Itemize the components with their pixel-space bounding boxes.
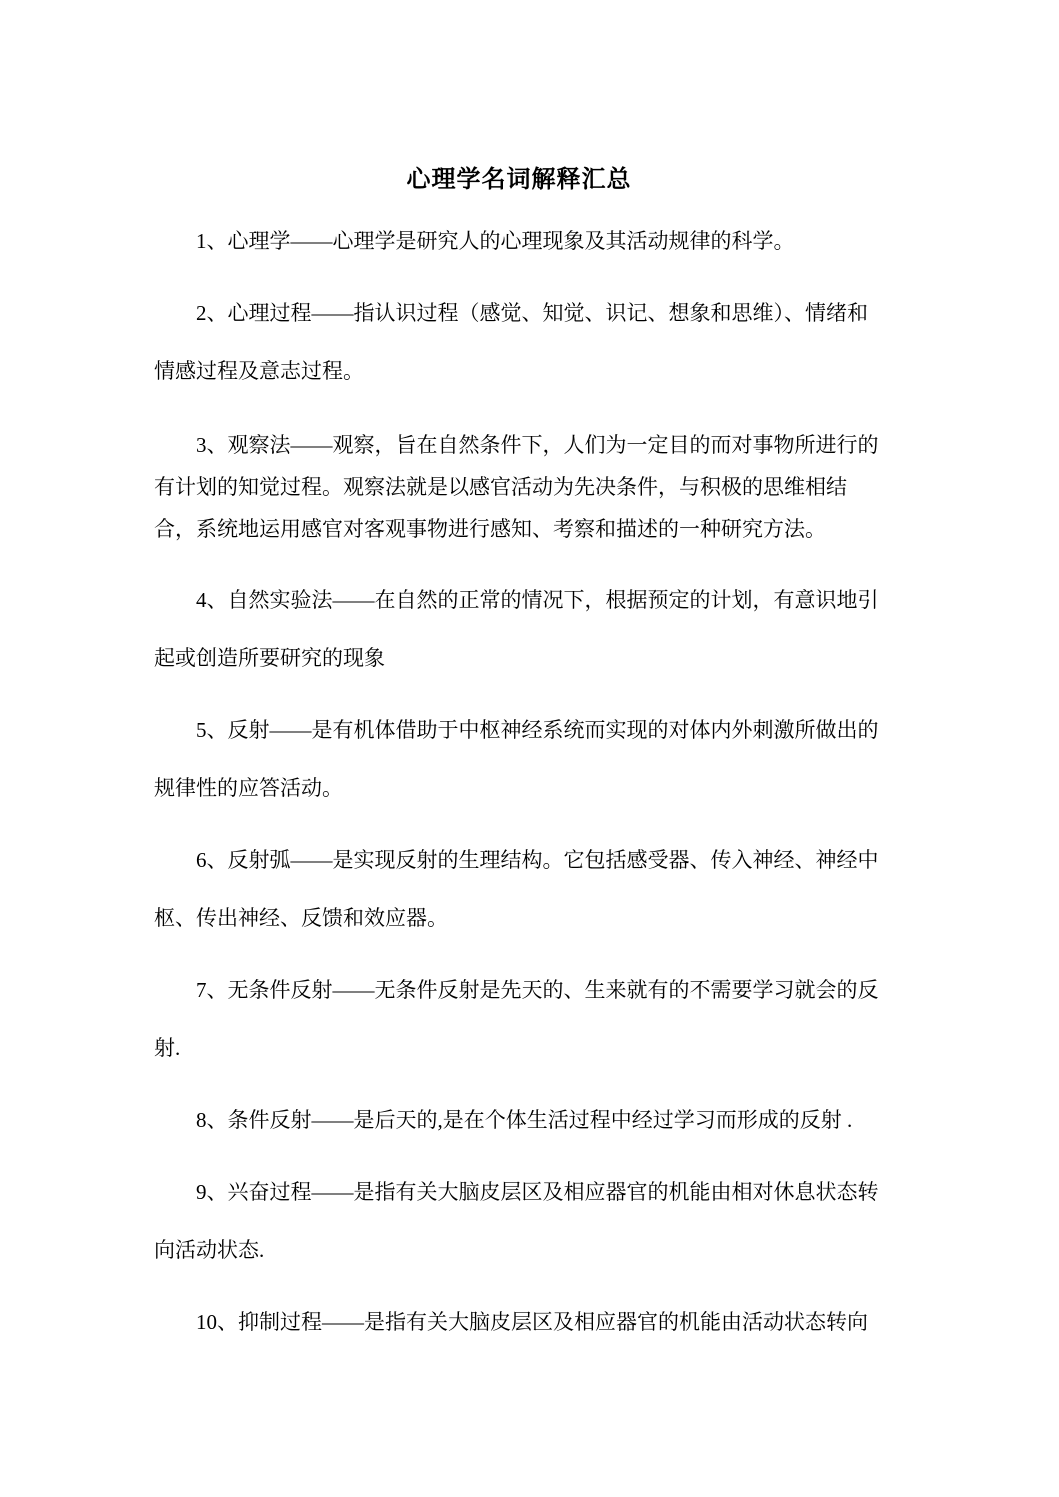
document-content: 心理学名词解释汇总 1、心理学——心理学是研究人的心理现象及其活动规律的科学。 … xyxy=(154,162,884,1351)
text-line: 3、观察法——观察，旨在自然条件下，人们为一定目的而对事物所进行的 xyxy=(154,424,884,466)
text-line: 向活动状态. xyxy=(154,1221,884,1279)
text-line: 8、条件反射——是后天的,是在个体生活过程中经过学习而形成的反射 . xyxy=(154,1091,884,1149)
document-page: 心理学名词解释汇总 1、心理学——心理学是研究人的心理现象及其活动规律的科学。 … xyxy=(0,0,1059,1497)
paragraph-2: 2、心理过程——指认识过程（感觉、知觉、识记、想象和思维）、情绪和 情感过程及意… xyxy=(154,284,884,400)
text-line: 射. xyxy=(154,1019,884,1077)
paragraph-10: 10、抑制过程——是指有关大脑皮层区及相应器官的机能由活动状态转向 xyxy=(154,1293,884,1351)
text-line: 10、抑制过程——是指有关大脑皮层区及相应器官的机能由活动状态转向 xyxy=(154,1293,884,1351)
text-line: 2、心理过程——指认识过程（感觉、知觉、识记、想象和思维）、情绪和 xyxy=(154,284,884,342)
paragraph-1: 1、心理学——心理学是研究人的心理现象及其活动规律的科学。 xyxy=(154,212,884,270)
paragraph-3: 3、观察法——观察，旨在自然条件下，人们为一定目的而对事物所进行的 有计划的知觉… xyxy=(154,424,884,550)
text-line: 情感过程及意志过程。 xyxy=(154,342,884,400)
paragraph-6: 6、反射弧——是实现反射的生理结构。它包括感受器、传入神经、神经中 枢、传出神经… xyxy=(154,831,884,947)
text-line: 1、心理学——心理学是研究人的心理现象及其活动规律的科学。 xyxy=(154,212,884,270)
text-line: 7、无条件反射——无条件反射是先天的、生来就有的不需要学习就会的反 xyxy=(154,961,884,1019)
text-line: 4、自然实验法——在自然的正常的情况下，根据预定的计划，有意识地引 xyxy=(154,571,884,629)
paragraph-7: 7、无条件反射——无条件反射是先天的、生来就有的不需要学习就会的反 射. xyxy=(154,961,884,1077)
text-line: 有计划的知觉过程。观察法就是以感官活动为先决条件，与积极的思维相结 xyxy=(154,466,884,508)
text-line: 9、兴奋过程——是指有关大脑皮层区及相应器官的机能由相对休息状态转 xyxy=(154,1163,884,1221)
text-line: 规律性的应答活动。 xyxy=(154,759,884,817)
page-title: 心理学名词解释汇总 xyxy=(154,162,884,198)
text-line: 枢、传出神经、反馈和效应器。 xyxy=(154,889,884,947)
text-line: 合，系统地运用感官对客观事物进行感知、考察和描述的一种研究方法。 xyxy=(154,508,884,550)
text-line: 6、反射弧——是实现反射的生理结构。它包括感受器、传入神经、神经中 xyxy=(154,831,884,889)
paragraph-4: 4、自然实验法——在自然的正常的情况下，根据预定的计划，有意识地引 起或创造所要… xyxy=(154,571,884,687)
text-line: 5、反射——是有机体借助于中枢神经系统而实现的对体内外刺激所做出的 xyxy=(154,701,884,759)
paragraph-5: 5、反射——是有机体借助于中枢神经系统而实现的对体内外刺激所做出的 规律性的应答… xyxy=(154,701,884,817)
paragraph-9: 9、兴奋过程——是指有关大脑皮层区及相应器官的机能由相对休息状态转 向活动状态. xyxy=(154,1163,884,1279)
paragraph-8: 8、条件反射——是后天的,是在个体生活过程中经过学习而形成的反射 . xyxy=(154,1091,884,1149)
text-line: 起或创造所要研究的现象 xyxy=(154,629,884,687)
